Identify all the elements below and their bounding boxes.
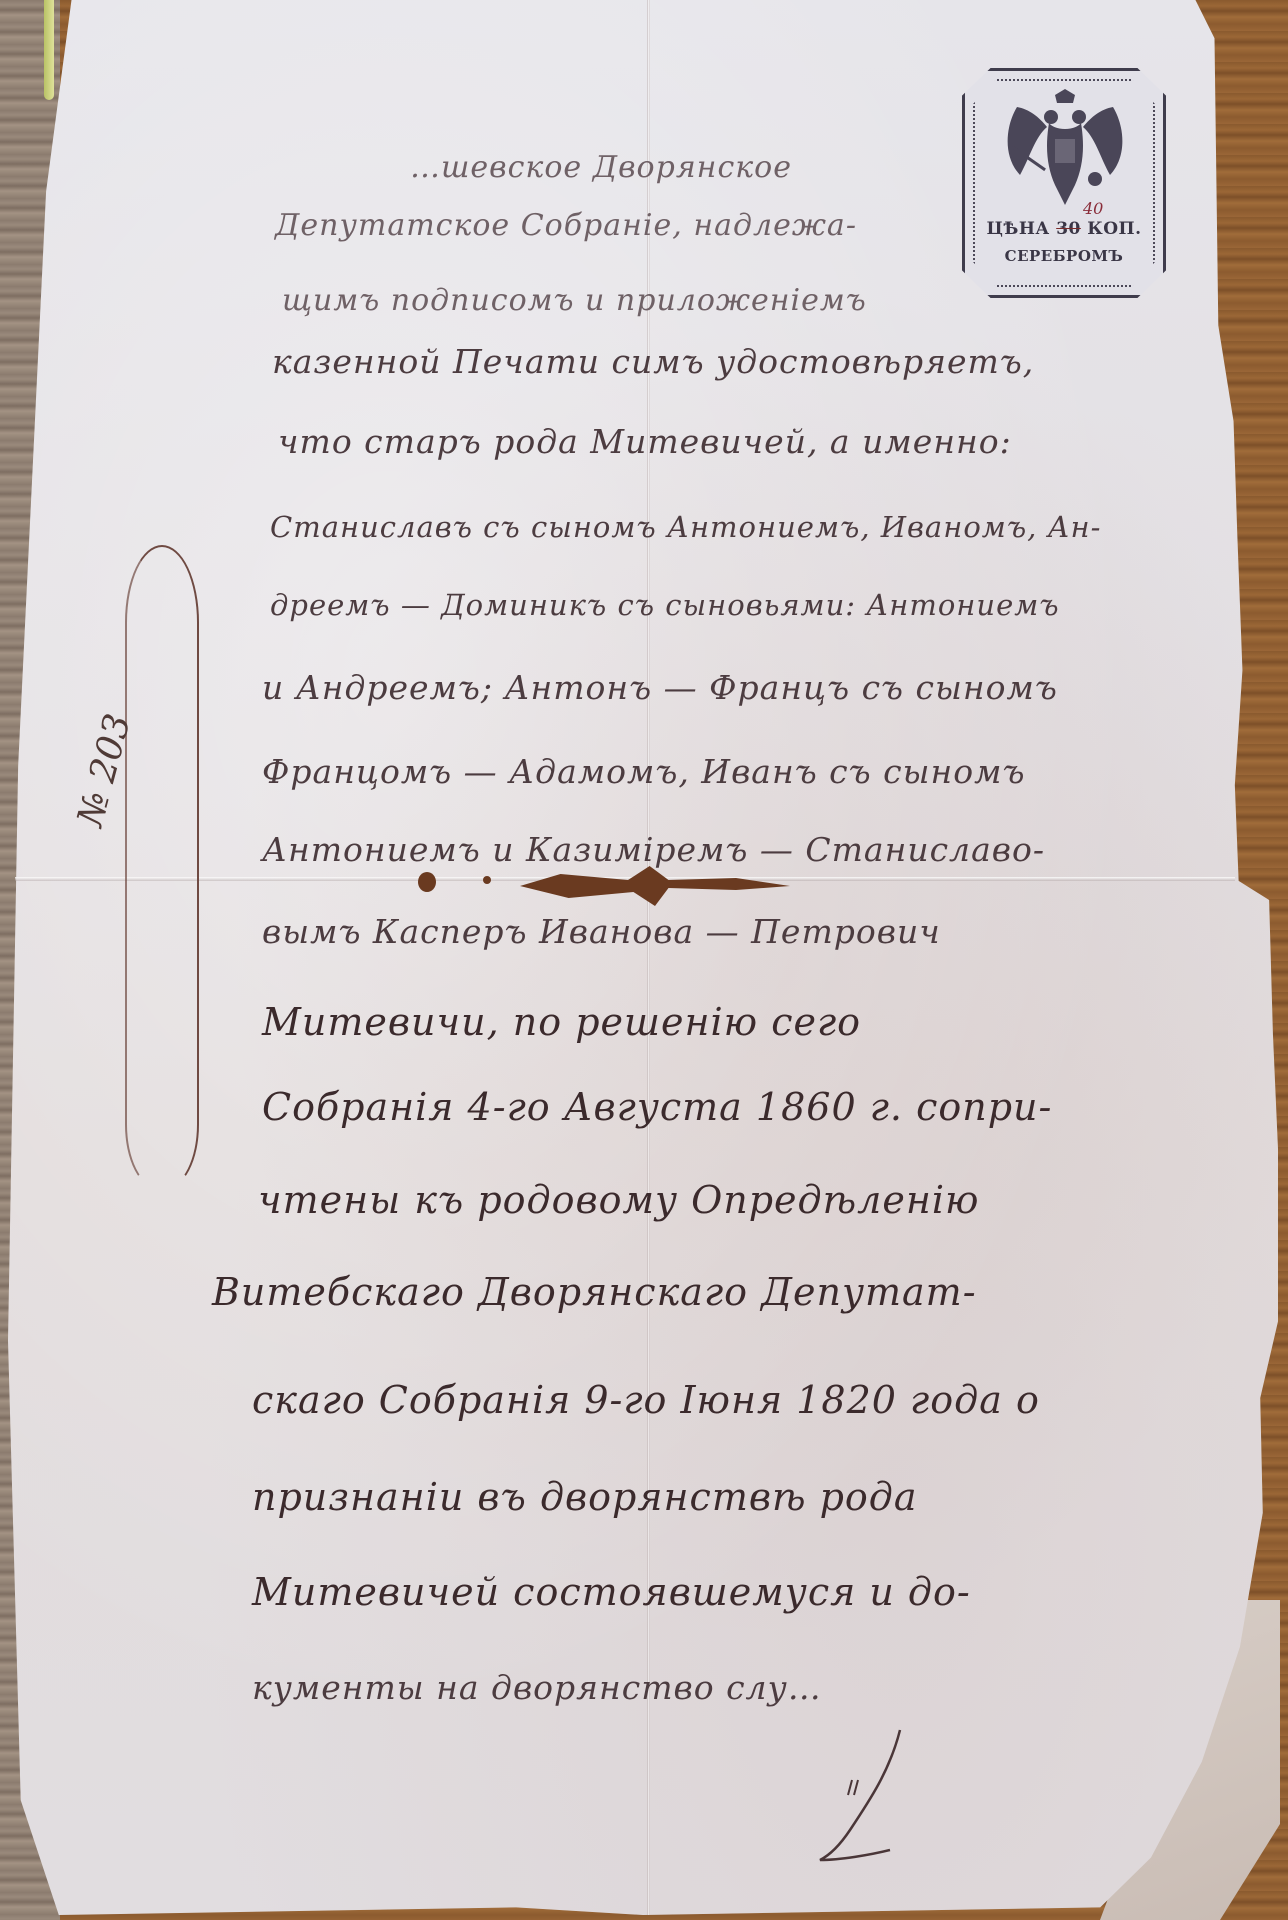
handwritten-line: Собранія 4-го Августа 1860 г. сопри- — [262, 1085, 1052, 1129]
handwritten-line: Станиславъ съ сыномъ Антониемъ, Иваномъ,… — [270, 510, 1101, 544]
stamp-currency: СЕРЕБРОМЪ — [965, 247, 1163, 265]
margin-loop-stroke — [125, 545, 199, 1189]
handwritten-price-correction: 40 — [1083, 199, 1103, 218]
handwritten-line: что старъ рода Митевичей, а именно: — [278, 422, 1012, 461]
handwritten-line: скаго Собранія 9-го Іюня 1820 года о — [252, 1378, 1040, 1422]
handwritten-line: …шевское Дворянское — [410, 150, 792, 185]
handwritten-line: щимъ подписомъ и приложеніемъ — [282, 283, 867, 318]
handwritten-line: кументы на дворянство слу… — [252, 1668, 822, 1707]
handwritten-line: дреемъ — Доминикъ съ сыновьями: Антонием… — [270, 588, 1060, 622]
stamp-price: ЦѢНА 30 КОП. — [965, 219, 1163, 239]
handwritten-line: Антониемъ и Казиміремъ — Станиславо- — [262, 830, 1045, 869]
paper-small-hole — [483, 876, 491, 884]
handwritten-line: казенной Печати симъ удостовѣряетъ, — [272, 342, 1034, 381]
stamp-price-old: 30 — [1056, 219, 1081, 239]
signature-flourish — [790, 1720, 920, 1870]
stamp-price-unit: КОП. — [1087, 219, 1141, 239]
paper-small-hole — [418, 872, 436, 892]
revenue-stamp: 40 ЦѢНА 30 КОП. СЕРЕБРОМЪ — [962, 68, 1166, 298]
handwritten-line: и Андреемъ; Антонъ — Францъ съ сыномъ — [262, 668, 1058, 707]
handwritten-line: Митевичи, по решенію сего — [262, 1000, 861, 1044]
handwritten-line: чтены къ родовому Опредѣленію — [258, 1178, 979, 1222]
handwritten-line: Митевичей состоявшемуся и до- — [252, 1570, 971, 1614]
stamp-price-label: ЦѢНА — [986, 219, 1049, 239]
handwritten-line: Депутатское Собраніе, надлежа- — [275, 208, 857, 243]
handwritten-line: Витебскаго Дворянскаго Депутат- — [212, 1270, 977, 1314]
handwritten-line: признаніи въ дворянствѣ рода — [252, 1475, 918, 1519]
green-leaf-edge — [44, 0, 54, 100]
handwritten-line: Францомъ — Адамомъ, Иванъ съ сыномъ — [262, 752, 1025, 791]
handwritten-line: вымъ Касперъ Иванова — Петрович — [262, 912, 941, 951]
double-headed-eagle-icon — [995, 87, 1135, 217]
